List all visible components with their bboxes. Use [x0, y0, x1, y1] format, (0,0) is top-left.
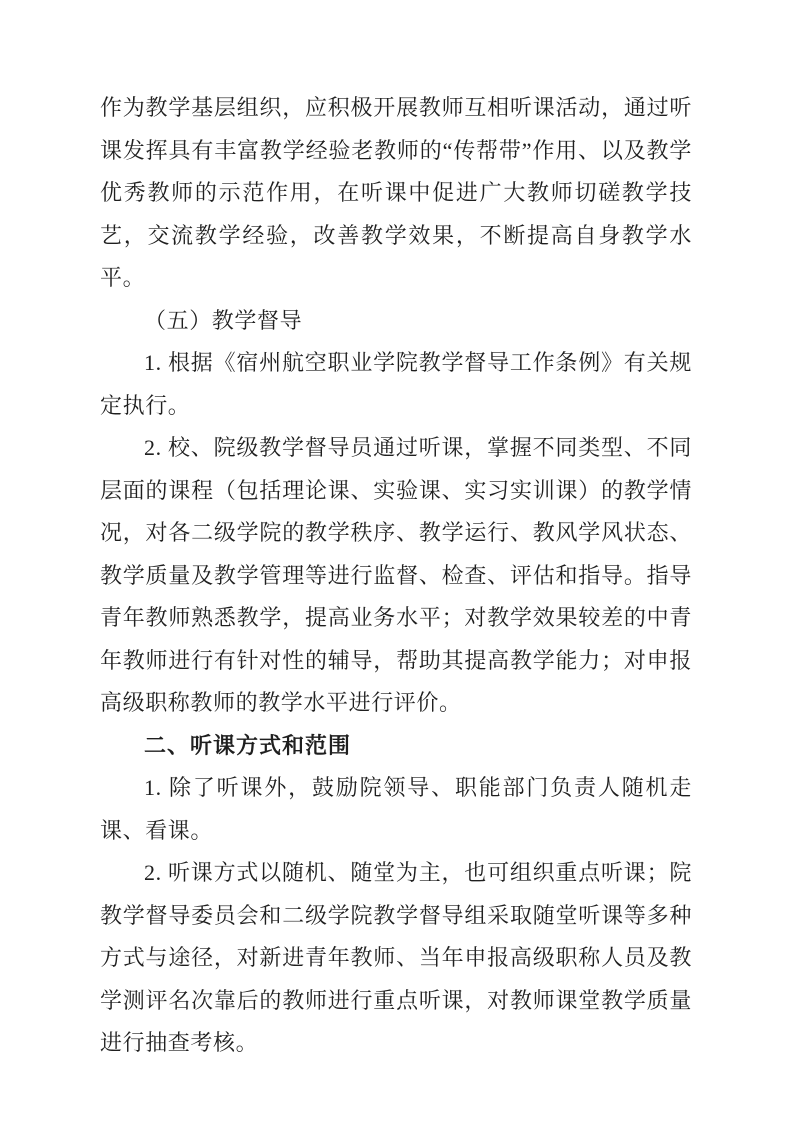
paragraph-item-2: 2. 校、院级教学督导员通过听课，掌握不同类型、不同层面的课程（包括理论课、实验…: [100, 427, 692, 725]
section-heading-2: 二、听课方式和范围: [100, 725, 692, 768]
paragraph-section2-item-2: 2. 听课方式以随机、随堂为主，也可组织重点听课；院教学督导委员会和二级学院教学…: [100, 852, 692, 1065]
paragraph-item-1: 1. 根据《宿州航空职业学院教学督导工作条例》有关规定执行。: [100, 342, 692, 427]
subsection-heading-5: （五）教学督导: [100, 300, 692, 343]
document-page: 作为教学基层组织，应积极开展教师互相听课活动，通过听课发挥具有丰富教学经验老教师…: [0, 0, 793, 1122]
document-content: 作为教学基层组织，应积极开展教师互相听课活动，通过听课发挥具有丰富教学经验老教师…: [100, 87, 692, 1065]
paragraph-section2-item-1: 1. 除了听课外，鼓励院领导、职能部门负责人随机走课、看课。: [100, 767, 692, 852]
paragraph-continuation: 作为教学基层组织，应积极开展教师互相听课活动，通过听课发挥具有丰富教学经验老教师…: [100, 87, 692, 300]
